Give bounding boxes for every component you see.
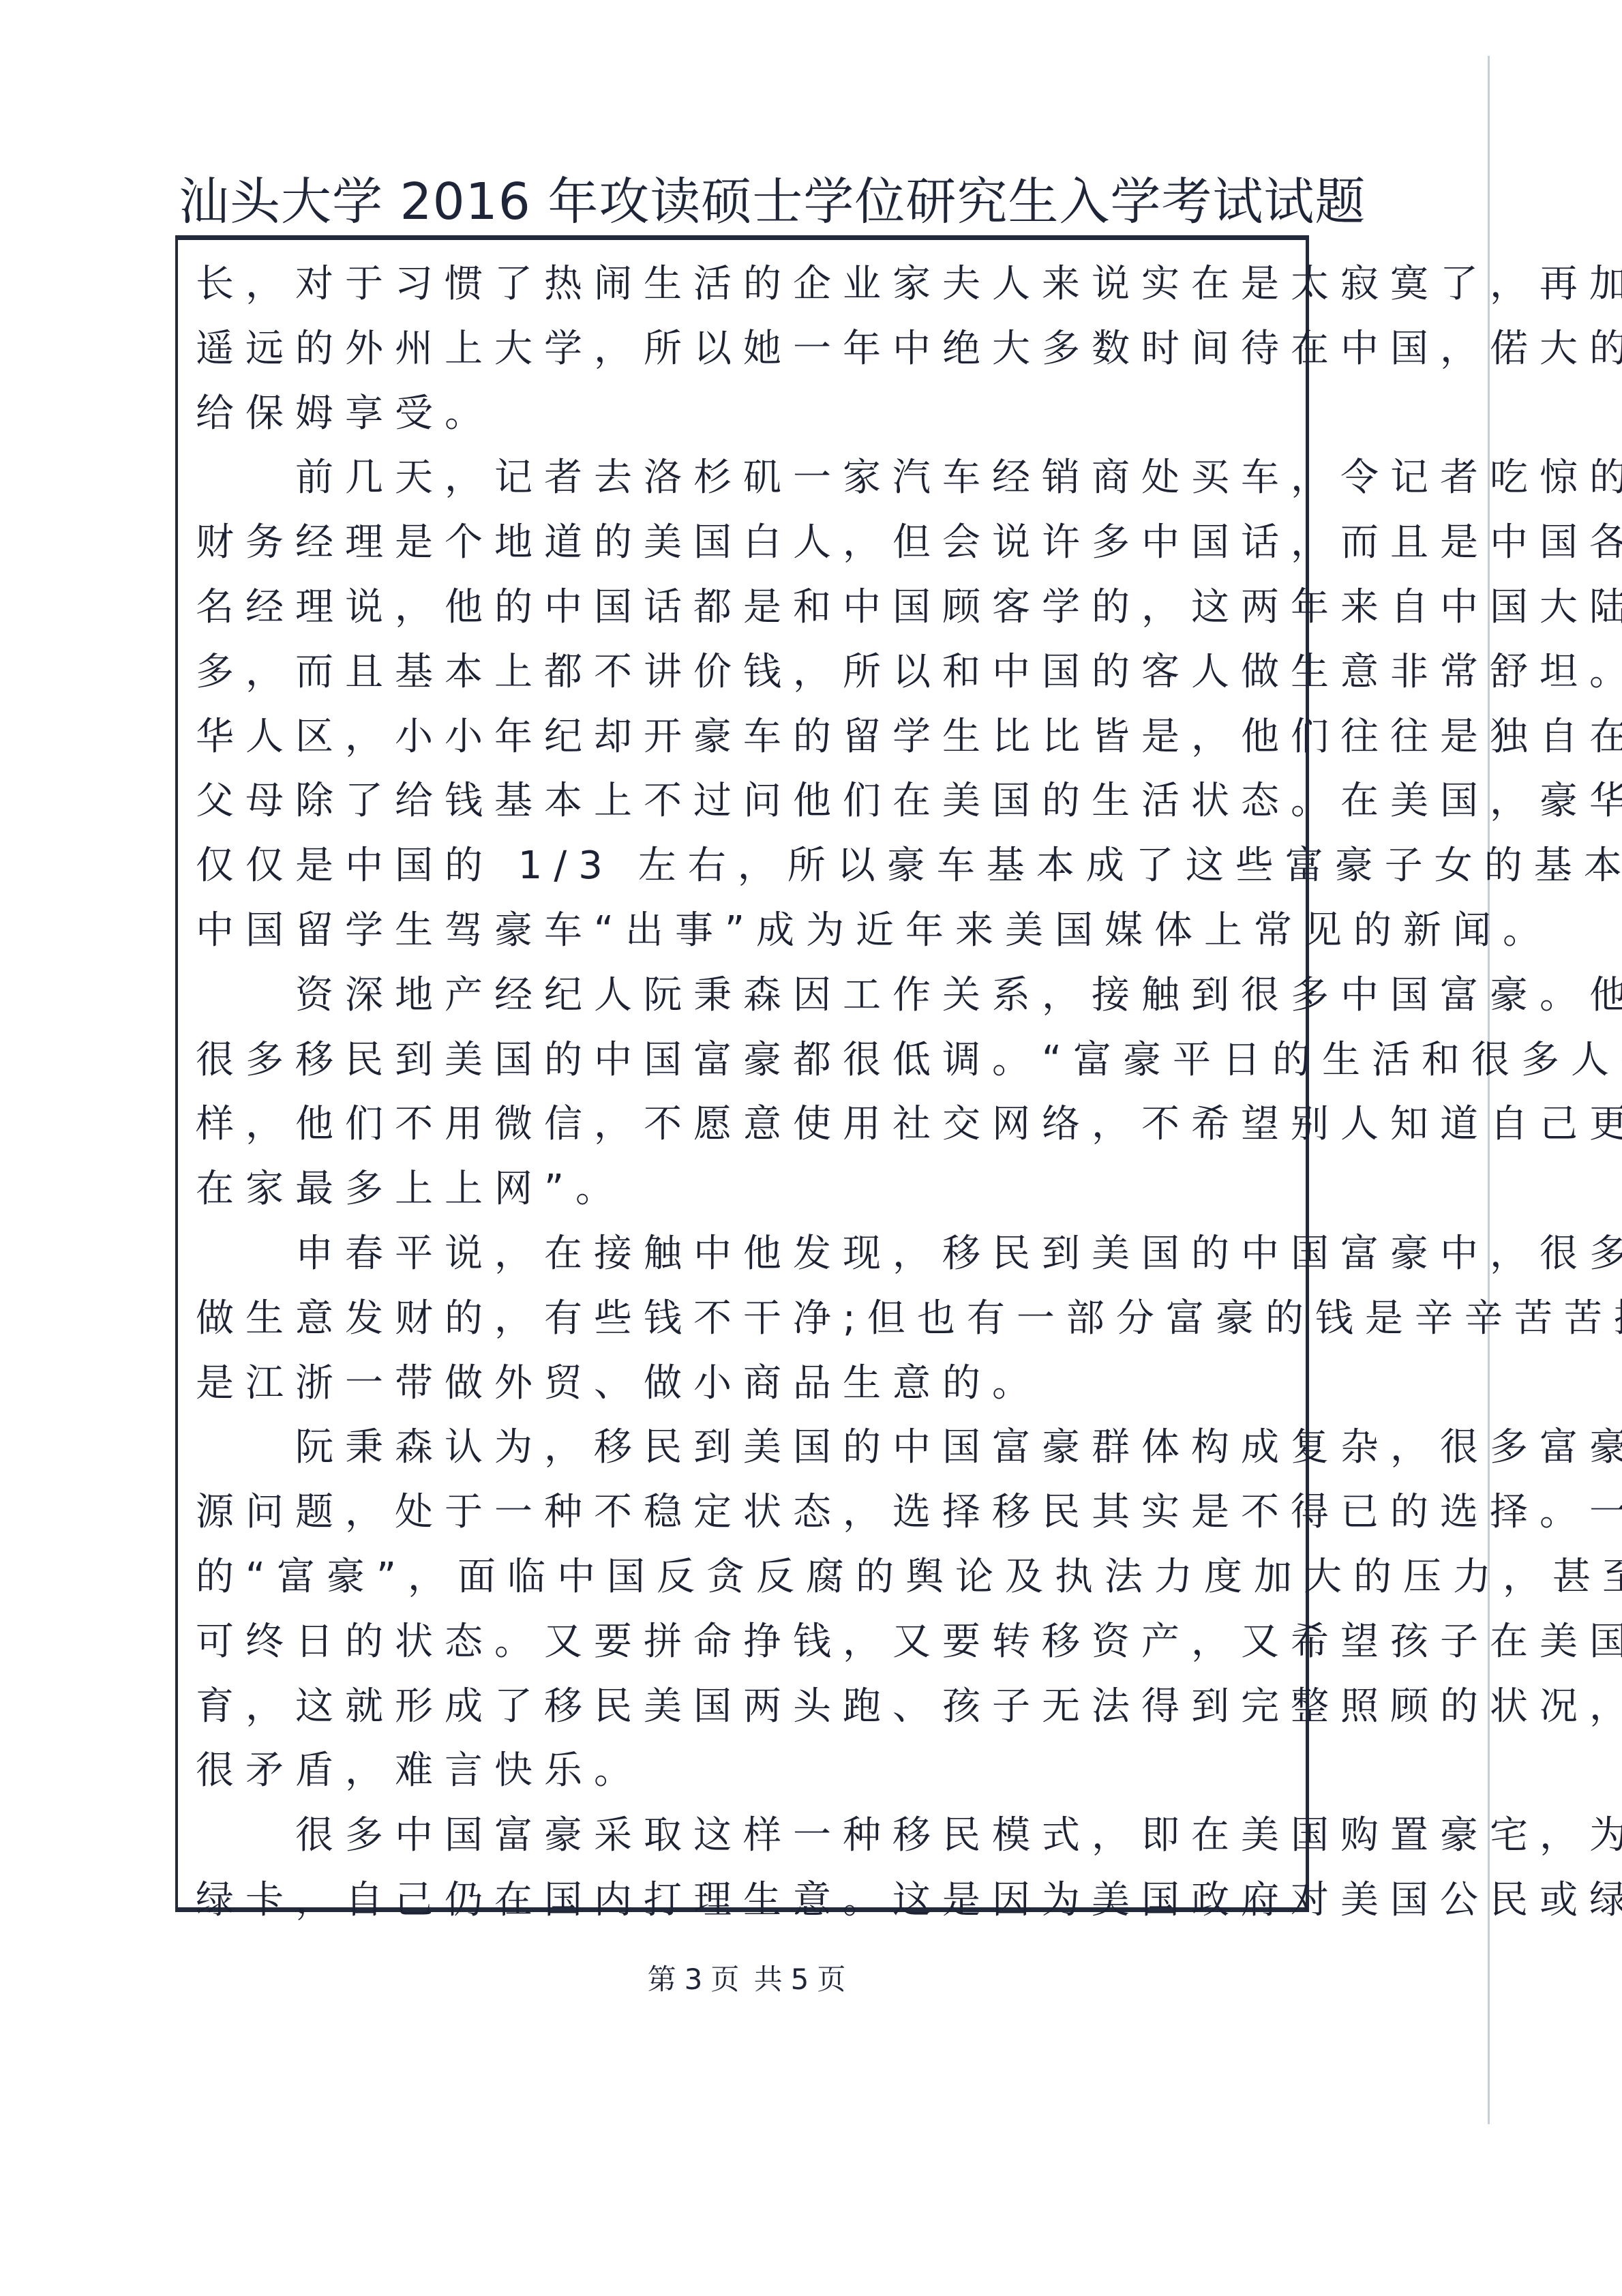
paragraph: 阮秉森认为，移民到美国的中国富豪群体构成复杂，很多富豪由于资产来 源问题，处于一… bbox=[196, 1416, 1300, 1804]
text-line: 给保姆享受。 bbox=[196, 382, 1300, 447]
current-page: 3 bbox=[685, 1963, 703, 1996]
text-line: 育，这就形成了移民美国两头跑、孩子无法得到完整照顾的状况，很多人心里 bbox=[196, 1675, 1300, 1740]
paragraph: 长，对于习惯了热闹生活的企业家夫人来说实在是太寂寞了，再加上儿子又在 遥远的外州… bbox=[196, 252, 1300, 446]
text-line: 中国留学生驾豪车“出事”成为近年来美国媒体上常见的新闻。 bbox=[196, 899, 1300, 964]
text-line: 前几天，记者去洛杉矶一家汽车经销商处买车，令记者吃惊的是，他们的 bbox=[196, 446, 1300, 511]
text-line: 可终日的状态。又要拼命挣钱，又要转移资产，又希望孩子在美国受到良好教 bbox=[196, 1610, 1300, 1675]
question-text-box: 长，对于习惯了热闹生活的企业家夫人来说实在是太寂寞了，再加上儿子又在 遥远的外州… bbox=[175, 235, 1309, 1912]
text-line: 父母除了给钱基本上不过问他们在美国的生活状态。在美国，豪华轿车的价格 bbox=[196, 769, 1300, 834]
text-line: 样，他们不用微信，不愿意使用社交网络，不希望别人知道自己更多的情况， bbox=[196, 1092, 1300, 1157]
text-line: 多，而且基本上都不讲价钱，所以和中国的客人做生意非常舒坦。在洛杉矶的 bbox=[196, 640, 1300, 705]
paragraph: 很多中国富豪采取这样一种移民模式，即在美国购置豪宅，为家里人办理 绿卡，自己仍在… bbox=[196, 1804, 1300, 1933]
exam-title: 汕头大学 2016 年攻读硕士学位研究生入学考试试题 bbox=[179, 168, 1310, 236]
text-line: 仅仅是中国的 1/3 左右，所以豪车基本成了这些富豪子女的基本装备。这也让 bbox=[196, 834, 1300, 899]
page-number: 第3页 共5页 bbox=[634, 1956, 859, 2003]
text-line: 源问题，处于一种不稳定状态，选择移民其实是不得已的选择。一些卷钱过来 bbox=[196, 1480, 1300, 1545]
text-line: 华人区，小小年纪却开豪车的留学生比比皆是，他们往往是独自在美国生活， bbox=[196, 705, 1300, 770]
text-line: 遥远的外州上大学，所以她一年中绝大多数时间待在中国，偌大的豪宅只好留 bbox=[196, 317, 1300, 382]
page-prefix: 第 bbox=[648, 1963, 676, 1996]
text-line: 财务经理是个地道的美国白人，但会说许多中国话，而且是中国各地方言。这 bbox=[196, 511, 1300, 576]
paragraph: 申春平说，在接触中他发现，移民到美国的中国富豪中，很多人是跟政府 做生意发财的，… bbox=[196, 1222, 1300, 1416]
page-suffix: 页 bbox=[817, 1963, 845, 1996]
text-line: 很多移民到美国的中国富豪都很低调。“富豪平日的生活和很多人想象的不一 bbox=[196, 1028, 1300, 1093]
total-pages: 5 bbox=[791, 1963, 809, 1996]
paragraph: 前几天，记者去洛杉矶一家汽车经销商处买车，令记者吃惊的是，他们的 财务经理是个地… bbox=[196, 446, 1300, 963]
text-line: 绿卡，自己仍在国内打理生意。这是因为美国政府对美国公民或绿卡持有者在 bbox=[196, 1868, 1300, 1933]
paragraph: 资深地产经纪人阮秉森因工作关系，接触到很多中国富豪。他的感觉是， 很多移民到美国… bbox=[196, 964, 1300, 1222]
text-line: 在家最多上上网”。 bbox=[196, 1157, 1300, 1222]
text-line: 名经理说，他的中国话都是和中国顾客学的，这两年来自中国大陆的顾客非常 bbox=[196, 576, 1300, 640]
text-line: 是江浙一带做外贸、做小商品生意的。 bbox=[196, 1352, 1300, 1416]
text-line: 很矛盾，难言快乐。 bbox=[196, 1739, 1300, 1804]
text-line: 的“富豪”，面临中国反贪反腐的舆论及执法力度加大的压力，甚至处于惶惶不 bbox=[196, 1545, 1300, 1610]
text-line: 阮秉森认为，移民到美国的中国富豪群体构成复杂，很多富豪由于资产来 bbox=[196, 1416, 1300, 1480]
text-line: 资深地产经纪人阮秉森因工作关系，接触到很多中国富豪。他的感觉是， bbox=[196, 964, 1300, 1028]
passage-body: 长，对于习惯了热闹生活的企业家夫人来说实在是太寂寞了，再加上儿子又在 遥远的外州… bbox=[196, 252, 1300, 1933]
text-line: 申春平说，在接触中他发现，移民到美国的中国富豪中，很多人是跟政府 bbox=[196, 1222, 1300, 1287]
page-mid: 页 共 bbox=[710, 1963, 782, 1996]
text-line: 做生意发财的，有些钱不干净;但也有一部分富豪的钱是辛辛苦苦挣来的，特别 bbox=[196, 1287, 1300, 1352]
text-line: 长，对于习惯了热闹生活的企业家夫人来说实在是太寂寞了，再加上儿子又在 bbox=[196, 252, 1300, 317]
text-line: 很多中国富豪采取这样一种移民模式，即在美国购置豪宅，为家里人办理 bbox=[196, 1804, 1300, 1868]
